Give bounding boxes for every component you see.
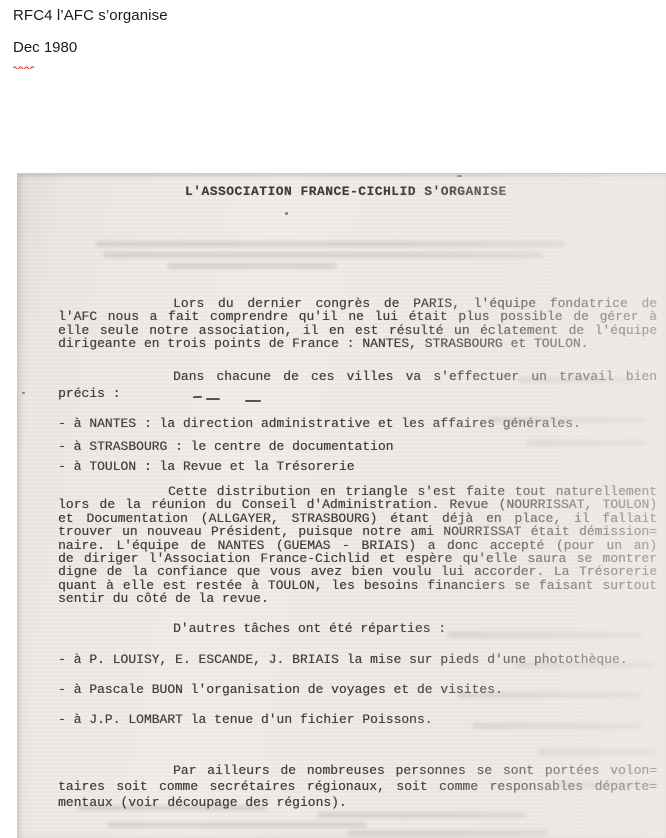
- bullet-item: - à Pascale BUON l'organisation de voyag…: [58, 683, 666, 697]
- paragraph-line: D'autres tâches ont été réparties :: [58, 622, 657, 635]
- ink-speck: [285, 212, 288, 215]
- paragraph-line: lors de la réunion du Conseil d'Administ…: [58, 498, 657, 511]
- bleed-through-mark: [95, 241, 565, 247]
- bullet-item: - à TOULON : la Revue et la Trésorerie: [58, 460, 666, 474]
- paragraph-line: trouver un nouveau Président, puisque no…: [58, 525, 657, 538]
- paragraph-line: Lors du dernier congrès de PARIS, l'équi…: [58, 297, 657, 310]
- bleed-through-mark: [167, 263, 337, 269]
- pencil-dash-marks: [193, 395, 303, 403]
- bullet-item: - à P. LOUISY, E. ESCANDE, J. BRIAIS la …: [58, 653, 666, 667]
- paragraph-line: l'AFC nous a fait comprendre qu'il ne lu…: [58, 310, 657, 323]
- paragraph-2: Dans chacune de ces villes va s'effectue…: [58, 369, 657, 402]
- page-header-title: RFC4 l’AFC s’organise: [13, 7, 168, 24]
- scanned-page: L'ASSOCIATION FRANCE-CICHLID S'ORGANISE …: [17, 173, 666, 838]
- bullet-item: - à STRASBOURG : le centre de documentat…: [58, 440, 666, 454]
- paragraph-line: sentir du côté de la revue.: [58, 592, 657, 605]
- bleed-through-mark: [107, 822, 367, 828]
- paragraph-line: Par ailleurs de nombreuses personnes se …: [58, 763, 657, 779]
- paragraph-3: Cette distribution en triangle s'est fai…: [58, 485, 657, 606]
- ink-speck: [457, 175, 462, 177]
- tasks-heading: D'autres tâches ont été réparties :: [58, 622, 657, 635]
- bleed-through-mark: [317, 812, 527, 818]
- paragraph-line: quant à elle est restée à TOULON, les be…: [58, 579, 657, 592]
- document-title: L'ASSOCIATION FRANCE-CICHLID S'ORGANISE: [185, 184, 507, 199]
- bleed-through-mark: [537, 749, 657, 755]
- paragraph-line: elle seule notre association, il en est …: [58, 324, 657, 337]
- paragraph-line: Dans chacune de ces villes va s'effectue…: [58, 369, 657, 386]
- paragraph-line: taires soit comme secrétaires régionaux,…: [58, 779, 657, 795]
- paragraph-line: précis :: [58, 386, 657, 403]
- bleed-through-mark: [103, 252, 543, 258]
- paragraph-line: dirigeante en trois points de France : N…: [58, 337, 657, 350]
- bullet-item: - à J.P. LOMBART la tenue d'un fichier P…: [58, 713, 666, 727]
- paragraph-line: et Documentation (ALLGAYER, STRASBOURG) …: [58, 512, 657, 525]
- paragraph-line: mentaux (voir découpage des régions).: [58, 795, 657, 811]
- paragraph-1: Lors du dernier congrès de PARIS, l'équi…: [58, 297, 657, 351]
- paragraph-4: Par ailleurs de nombreuses personnes se …: [58, 763, 657, 810]
- bullet-item: - à NANTES : la direction administrative…: [58, 417, 666, 431]
- paragraph-line: de diriger l'Association France-Cichlid …: [58, 552, 657, 565]
- paragraph-line: Cette distribution en triangle s'est fai…: [58, 485, 657, 498]
- bleed-through-mark: [347, 830, 547, 836]
- page-header-date: Dec 1980: [13, 39, 77, 56]
- paragraph-line: naire. L'équipe de NANTES (GUEMAS - BRIA…: [58, 539, 657, 552]
- paragraph-line: digne de la confiance que vous avez bien…: [58, 565, 657, 578]
- spellcheck-squiggle-icon: [13, 56, 43, 60]
- ink-speck: [22, 392, 25, 394]
